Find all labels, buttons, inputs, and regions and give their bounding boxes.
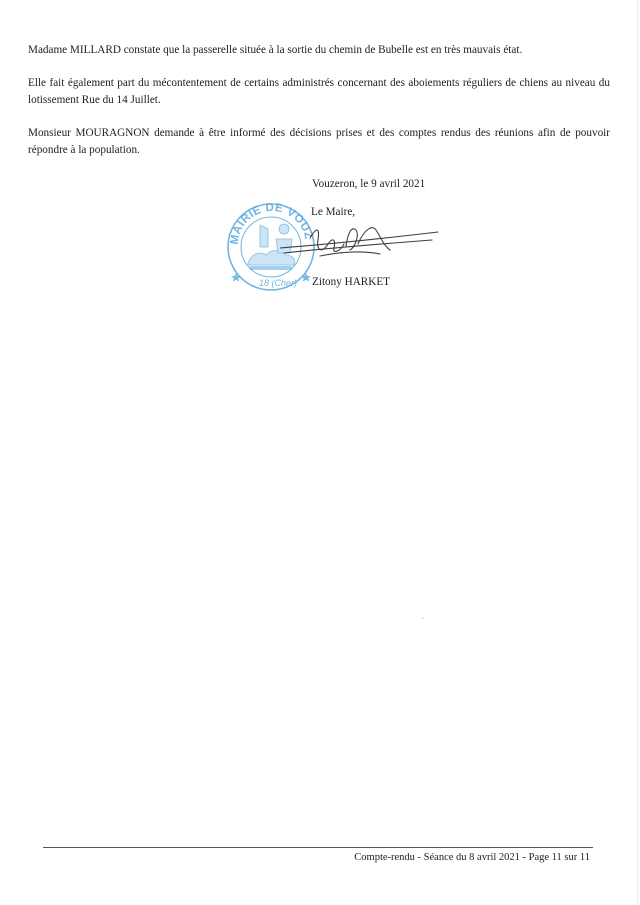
footer-divider xyxy=(43,847,593,848)
paragraph-mouragnon: Monsieur MOURAGNON demande à être inform… xyxy=(28,125,610,159)
paragraph-millard: Madame MILLARD constate que la passerell… xyxy=(28,42,610,59)
svg-text:18 (Cher): 18 (Cher) xyxy=(259,278,297,288)
scan-artifact xyxy=(422,617,424,619)
signature-place-date: Vouzeron, le 9 avril 2021 xyxy=(312,176,425,193)
page-footer: Compte-rendu - Séance du 8 avril 2021 - … xyxy=(354,851,590,865)
page-edge xyxy=(637,0,638,905)
handwritten-signature-icon xyxy=(280,220,440,265)
signatory-name: Zitony HARKET xyxy=(312,274,390,291)
paragraph-complaint: Elle fait également part du mécontenteme… xyxy=(28,75,610,109)
signature-role: Le Maire, xyxy=(311,204,355,221)
